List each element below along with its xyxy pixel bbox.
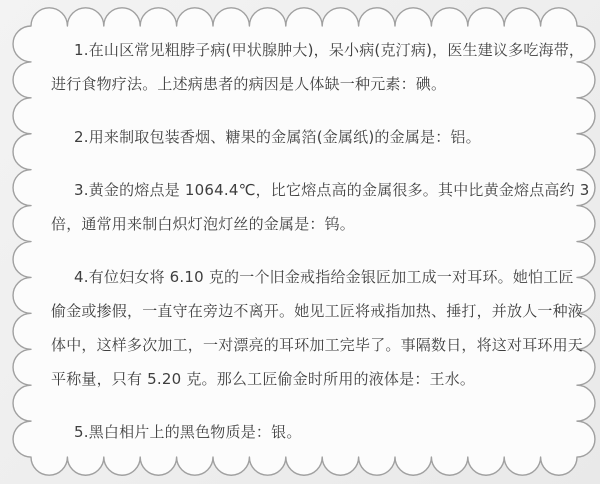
question-4: 4.有位妇女将 6.10 克的一个旧金戒指给金银匠加工成一对耳环。她怕工匠 偷金… [51, 260, 557, 396]
text-line: 3.黄金的熔点是 1064.4℃，比它熔点高的金属很多。其中比黄金熔点高约 3 [51, 173, 557, 207]
question-2: 2.用来制取包装香烟、糖果的金属箔(金属纸)的金属是：铝。 [51, 120, 557, 154]
question-1: 1.在山区常见粗脖子病(甲状腺肿大)，呆小病(克汀病)，医生建议多吃海带， 进行… [51, 33, 557, 101]
quiz-text-block: 1.在山区常见粗脖子病(甲状腺肿大)，呆小病(克汀病)，医生建议多吃海带， 进行… [51, 33, 557, 468]
question-3: 3.黄金的熔点是 1064.4℃，比它熔点高的金属很多。其中比黄金熔点高约 3 … [51, 173, 557, 241]
text-line: 进行食物疗法。上述病患者的病因是人体缺一种元素：碘。 [51, 67, 557, 101]
text-line: 倍，通常用来制白炽灯泡灯丝的金属是：钨。 [51, 207, 557, 241]
photo-background: 1.在山区常见粗脖子病(甲状腺肿大)，呆小病(克汀病)，医生建议多吃海带， 进行… [0, 0, 600, 484]
text-line: 1.在山区常见粗脖子病(甲状腺肿大)，呆小病(克汀病)，医生建议多吃海带， [51, 33, 557, 67]
text-line: 2.用来制取包装香烟、糖果的金属箔(金属纸)的金属是：铝。 [51, 120, 557, 154]
question-5: 5.黑白相片上的黑色物质是：银。 [51, 415, 557, 449]
text-line: 体中，这样多次加工，一对漂亮的耳环加工完毕了。事隔数日，将这对耳环用天 [51, 328, 557, 362]
text-line: 5.黑白相片上的黑色物质是：银。 [51, 415, 557, 449]
text-line: 平称量，只有 5.20 克。那么工匠偷金时所用的液体是：王水。 [51, 362, 557, 396]
text-line: 4.有位妇女将 6.10 克的一个旧金戒指给金银匠加工成一对耳环。她怕工匠 [51, 260, 557, 294]
text-line: 偷金或掺假，一直守在旁边不离开。她见工匠将戒指加热、捶打，并放人一种液 [51, 294, 557, 328]
